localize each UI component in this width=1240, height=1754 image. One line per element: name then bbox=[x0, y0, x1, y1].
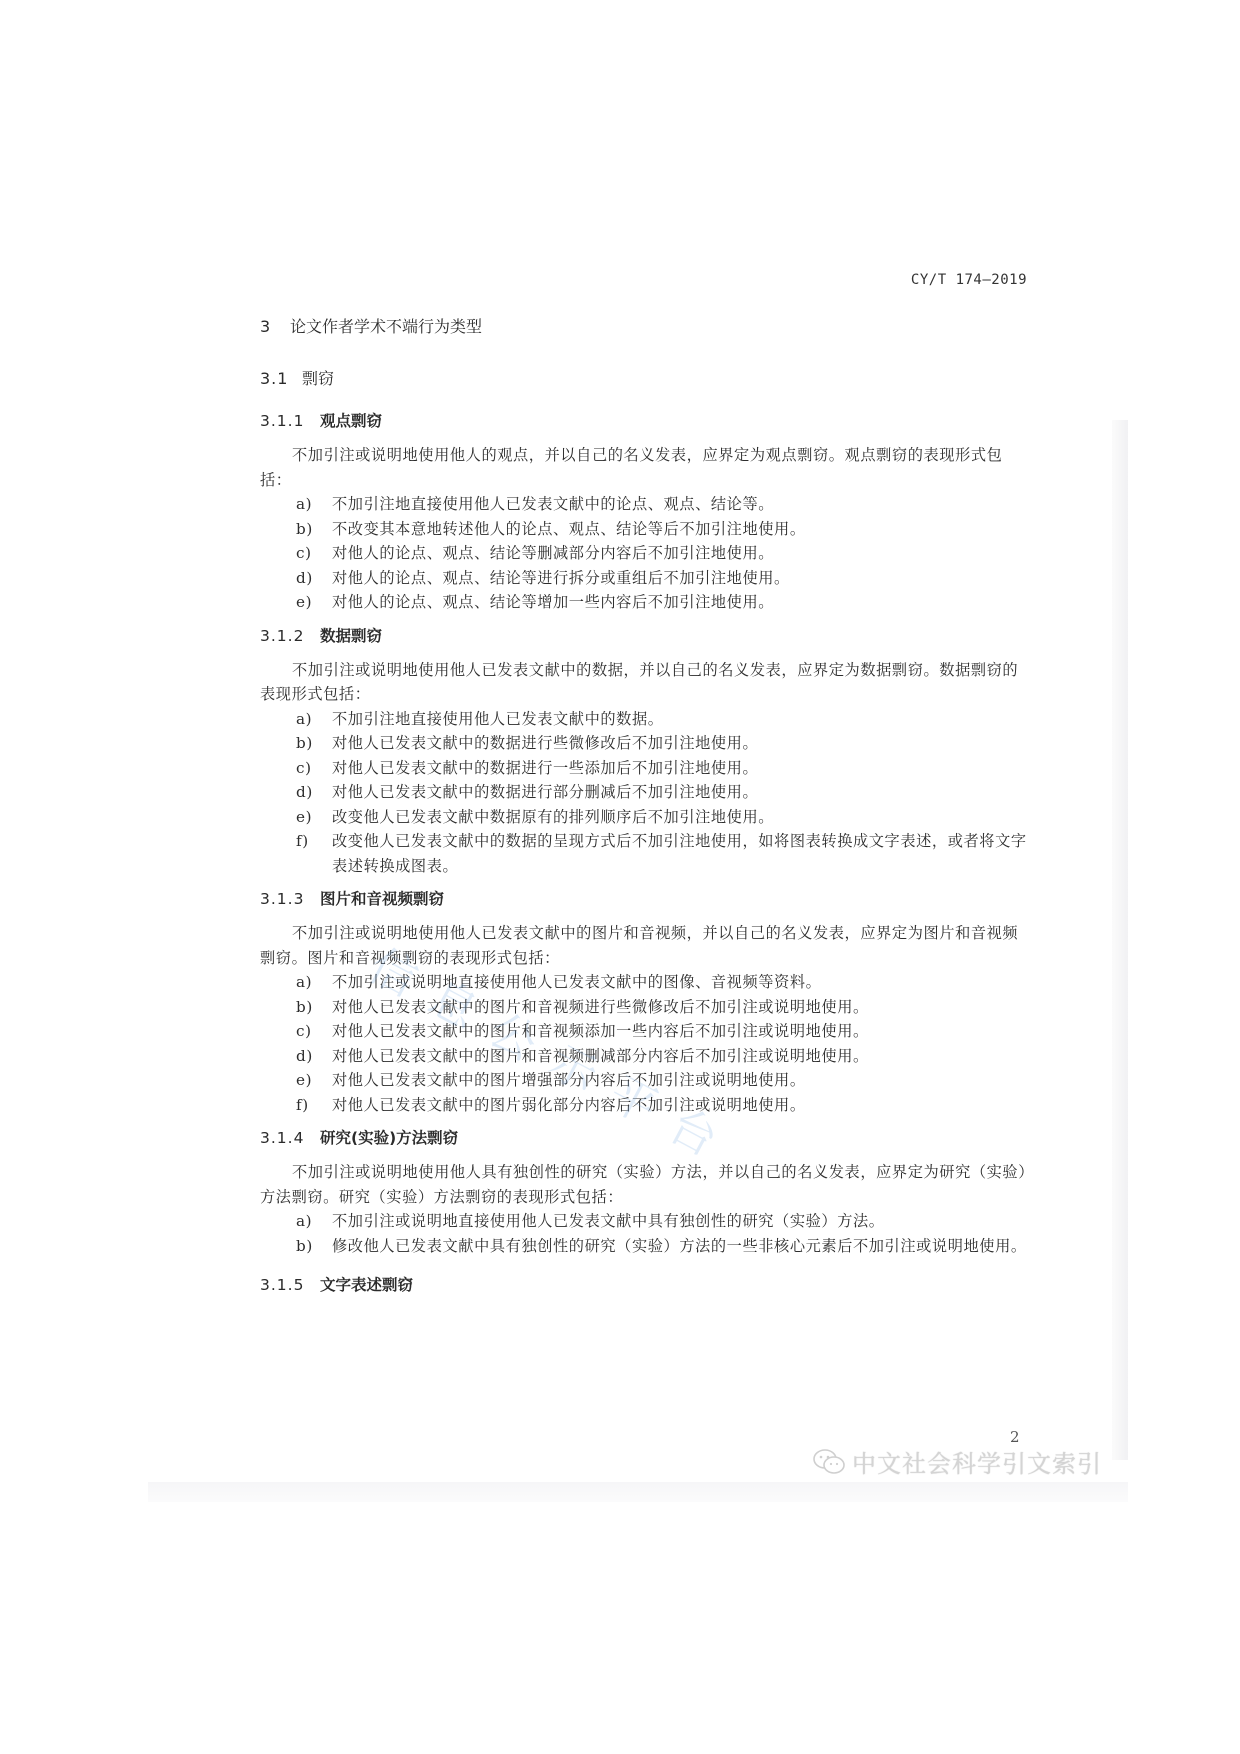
subsection-heading: 3.1剽窃 bbox=[260, 368, 1030, 390]
list-item: a)不加引注或说明地直接使用他人已发表文献中的图像、音视频等资料。 bbox=[260, 970, 1030, 995]
list-marker: e) bbox=[296, 1068, 312, 1093]
document-body: 3论文作者学术不端行为类型 3.1剽窃 3.1.1观点剽窃 不加引注或说明地使用… bbox=[260, 316, 1030, 1307]
clause-paragraph: 不加引注或说明地使用他人已发表文献中的数据，并以自己的名义发表，应界定为数据剽窃… bbox=[260, 658, 1030, 707]
list-item-text: 对他人已发表文献中的数据进行部分删减后不加引注地使用。 bbox=[332, 783, 758, 801]
list-marker: a) bbox=[296, 707, 312, 732]
clause-title: 研究(实验)方法剽窃 bbox=[320, 1129, 458, 1147]
clause-heading-3-1-3: 3.1.3图片和音视频剽窃 bbox=[260, 888, 1030, 910]
list-item: c)对他人已发表文献中的图片和音视频添加一些内容后不加引注或说明地使用。 bbox=[260, 1019, 1030, 1044]
list-item-text: 不改变其本意地转述他人的论点、观点、结论等后不加引注地使用。 bbox=[332, 520, 806, 538]
list-marker: b) bbox=[296, 517, 313, 542]
subsection-number: 3.1 bbox=[260, 368, 302, 390]
list-item: a)不加引注地直接使用他人已发表文献中的论点、观点、结论等。 bbox=[260, 492, 1030, 517]
clause-list: a)不加引注地直接使用他人已发表文献中的论点、观点、结论等。 b)不改变其本意地… bbox=[260, 492, 1030, 615]
list-marker: b) bbox=[296, 995, 313, 1020]
list-item: e)改变他人已发表文献中数据原有的排列顺序后不加引注地使用。 bbox=[260, 805, 1030, 830]
page-edge-shadow-right bbox=[1112, 420, 1128, 1460]
list-item-text: 不加引注地直接使用他人已发表文献中的数据。 bbox=[332, 710, 664, 728]
list-marker: f) bbox=[296, 829, 309, 854]
list-marker: a) bbox=[296, 970, 312, 995]
list-item: b)修改他人已发表文献中具有独创性的研究（实验）方法的一些非核心元素后不加引注或… bbox=[260, 1234, 1030, 1259]
list-item: a)不加引注或说明地直接使用他人已发表文献中具有独创性的研究（实验）方法。 bbox=[260, 1209, 1030, 1234]
list-item-text: 改变他人已发表文献中数据原有的排列顺序后不加引注地使用。 bbox=[332, 808, 774, 826]
list-marker: c) bbox=[296, 756, 312, 781]
subsection-title: 剽窃 bbox=[302, 369, 334, 388]
list-item: f)对他人已发表文献中的图片弱化部分内容后不加引注或说明地使用。 bbox=[260, 1093, 1030, 1118]
clause-title: 观点剽窃 bbox=[320, 412, 382, 430]
list-item-text: 对他人已发表文献中的图片增强部分内容后不加引注或说明地使用。 bbox=[332, 1071, 806, 1089]
list-item: e)对他人已发表文献中的图片增强部分内容后不加引注或说明地使用。 bbox=[260, 1068, 1030, 1093]
clause-number: 3.1.2 bbox=[260, 625, 320, 647]
clause-heading-3-1-1: 3.1.1观点剽窃 bbox=[260, 410, 1030, 432]
standard-code-header: CY/T 174—2019 bbox=[911, 272, 1027, 288]
list-marker: d) bbox=[296, 566, 313, 591]
list-item-text: 对他人的论点、观点、结论等进行拆分或重组后不加引注地使用。 bbox=[332, 569, 790, 587]
list-marker: e) bbox=[296, 590, 312, 615]
list-item-text: 对他人已发表文献中的图片和音视频进行些微修改后不加引注或说明地使用。 bbox=[332, 998, 869, 1016]
source-watermark: 中文社会科学引文索引 bbox=[812, 1444, 1102, 1479]
source-watermark-text: 中文社会科学引文索引 bbox=[852, 1444, 1102, 1479]
page-edge-shadow-bottom bbox=[148, 1482, 1128, 1502]
list-item: c)对他人已发表文献中的数据进行一些添加后不加引注地使用。 bbox=[260, 756, 1030, 781]
list-item: d)对他人已发表文献中的图片和音视频删减部分内容后不加引注或说明地使用。 bbox=[260, 1044, 1030, 1069]
clause-title: 图片和音视频剽窃 bbox=[320, 890, 444, 908]
list-marker: b) bbox=[296, 731, 313, 756]
list-item-text: 不加引注或说明地直接使用他人已发表文献中的图像、音视频等资料。 bbox=[332, 973, 821, 991]
list-marker: a) bbox=[296, 1209, 312, 1234]
list-item: c)对他人的论点、观点、结论等删减部分内容后不加引注地使用。 bbox=[260, 541, 1030, 566]
list-item: b)对他人已发表文献中的图片和音视频进行些微修改后不加引注或说明地使用。 bbox=[260, 995, 1030, 1020]
list-marker: b) bbox=[296, 1234, 313, 1259]
list-item: b)不改变其本意地转述他人的论点、观点、结论等后不加引注地使用。 bbox=[260, 517, 1030, 542]
clause-title: 文字表述剽窃 bbox=[320, 1276, 413, 1294]
list-marker: f) bbox=[296, 1093, 309, 1118]
list-item-text: 不加引注地直接使用他人已发表文献中的论点、观点、结论等。 bbox=[332, 495, 774, 513]
clause-paragraph: 不加引注或说明地使用他人的观点，并以自己的名义发表，应界定为观点剽窃。观点剽窃的… bbox=[260, 443, 1030, 492]
list-item: b)对他人已发表文献中的数据进行些微修改后不加引注地使用。 bbox=[260, 731, 1030, 756]
clause-number: 3.1.4 bbox=[260, 1127, 320, 1149]
clause-list: a)不加引注或说明地直接使用他人已发表文献中的图像、音视频等资料。 b)对他人已… bbox=[260, 970, 1030, 1117]
clause-number: 3.1.3 bbox=[260, 888, 320, 910]
list-item: a)不加引注地直接使用他人已发表文献中的数据。 bbox=[260, 707, 1030, 732]
list-marker: d) bbox=[296, 780, 313, 805]
clause-heading-3-1-4: 3.1.4研究(实验)方法剽窃 bbox=[260, 1127, 1030, 1149]
clause-number: 3.1.1 bbox=[260, 410, 320, 432]
list-item: d)对他人的论点、观点、结论等进行拆分或重组后不加引注地使用。 bbox=[260, 566, 1030, 591]
list-item-text: 改变他人已发表文献中的数据的呈现方式后不加引注地使用，如将图表转换成文字表述，或… bbox=[332, 832, 1027, 875]
clause-list: a)不加引注地直接使用他人已发表文献中的数据。 b)对他人已发表文献中的数据进行… bbox=[260, 707, 1030, 879]
list-item-text: 对他人已发表文献中的图片弱化部分内容后不加引注或说明地使用。 bbox=[332, 1096, 806, 1114]
list-item-text: 对他人的论点、观点、结论等删减部分内容后不加引注地使用。 bbox=[332, 544, 774, 562]
clause-heading-3-1-2: 3.1.2数据剽窃 bbox=[260, 625, 1030, 647]
section-title: 论文作者学术不端行为类型 bbox=[290, 317, 482, 336]
list-item-text: 对他人的论点、观点、结论等增加一些内容后不加引注地使用。 bbox=[332, 593, 774, 611]
clause-list: a)不加引注或说明地直接使用他人已发表文献中具有独创性的研究（实验）方法。 b)… bbox=[260, 1209, 1030, 1258]
clause-title: 数据剽窃 bbox=[320, 627, 382, 645]
list-item-text: 对他人已发表文献中的数据进行些微修改后不加引注地使用。 bbox=[332, 734, 758, 752]
list-item-text: 不加引注或说明地直接使用他人已发表文献中具有独创性的研究（实验）方法。 bbox=[332, 1212, 885, 1230]
section-heading: 3论文作者学术不端行为类型 bbox=[260, 316, 1030, 338]
wechat-icon bbox=[812, 1447, 846, 1477]
clause-number: 3.1.5 bbox=[260, 1274, 320, 1296]
list-marker: e) bbox=[296, 805, 312, 830]
clause-heading-3-1-5: 3.1.5文字表述剽窃 bbox=[260, 1274, 1030, 1296]
clause-paragraph: 不加引注或说明地使用他人具有独创性的研究（实验）方法，并以自己的名义发表，应界定… bbox=[260, 1160, 1030, 1209]
list-marker: d) bbox=[296, 1044, 313, 1069]
list-item-text: 对他人已发表文献中的图片和音视频添加一些内容后不加引注或说明地使用。 bbox=[332, 1022, 869, 1040]
list-marker: c) bbox=[296, 541, 312, 566]
list-item-text: 修改他人已发表文献中具有独创性的研究（实验）方法的一些非核心元素后不加引注或说明… bbox=[332, 1237, 1027, 1255]
list-item: e)对他人的论点、观点、结论等增加一些内容后不加引注地使用。 bbox=[260, 590, 1030, 615]
list-marker: c) bbox=[296, 1019, 312, 1044]
list-item-text: 对他人已发表文献中的图片和音视频删减部分内容后不加引注或说明地使用。 bbox=[332, 1047, 869, 1065]
list-item-text: 对他人已发表文献中的数据进行一些添加后不加引注地使用。 bbox=[332, 759, 758, 777]
list-item: d)对他人已发表文献中的数据进行部分删减后不加引注地使用。 bbox=[260, 780, 1030, 805]
list-item: f)改变他人已发表文献中的数据的呈现方式后不加引注地使用，如将图表转换成文字表述… bbox=[260, 829, 1030, 878]
list-marker: a) bbox=[296, 492, 312, 517]
section-number: 3 bbox=[260, 316, 290, 338]
clause-paragraph: 不加引注或说明地使用他人已发表文献中的图片和音视频，并以自己的名义发表，应界定为… bbox=[260, 921, 1030, 970]
